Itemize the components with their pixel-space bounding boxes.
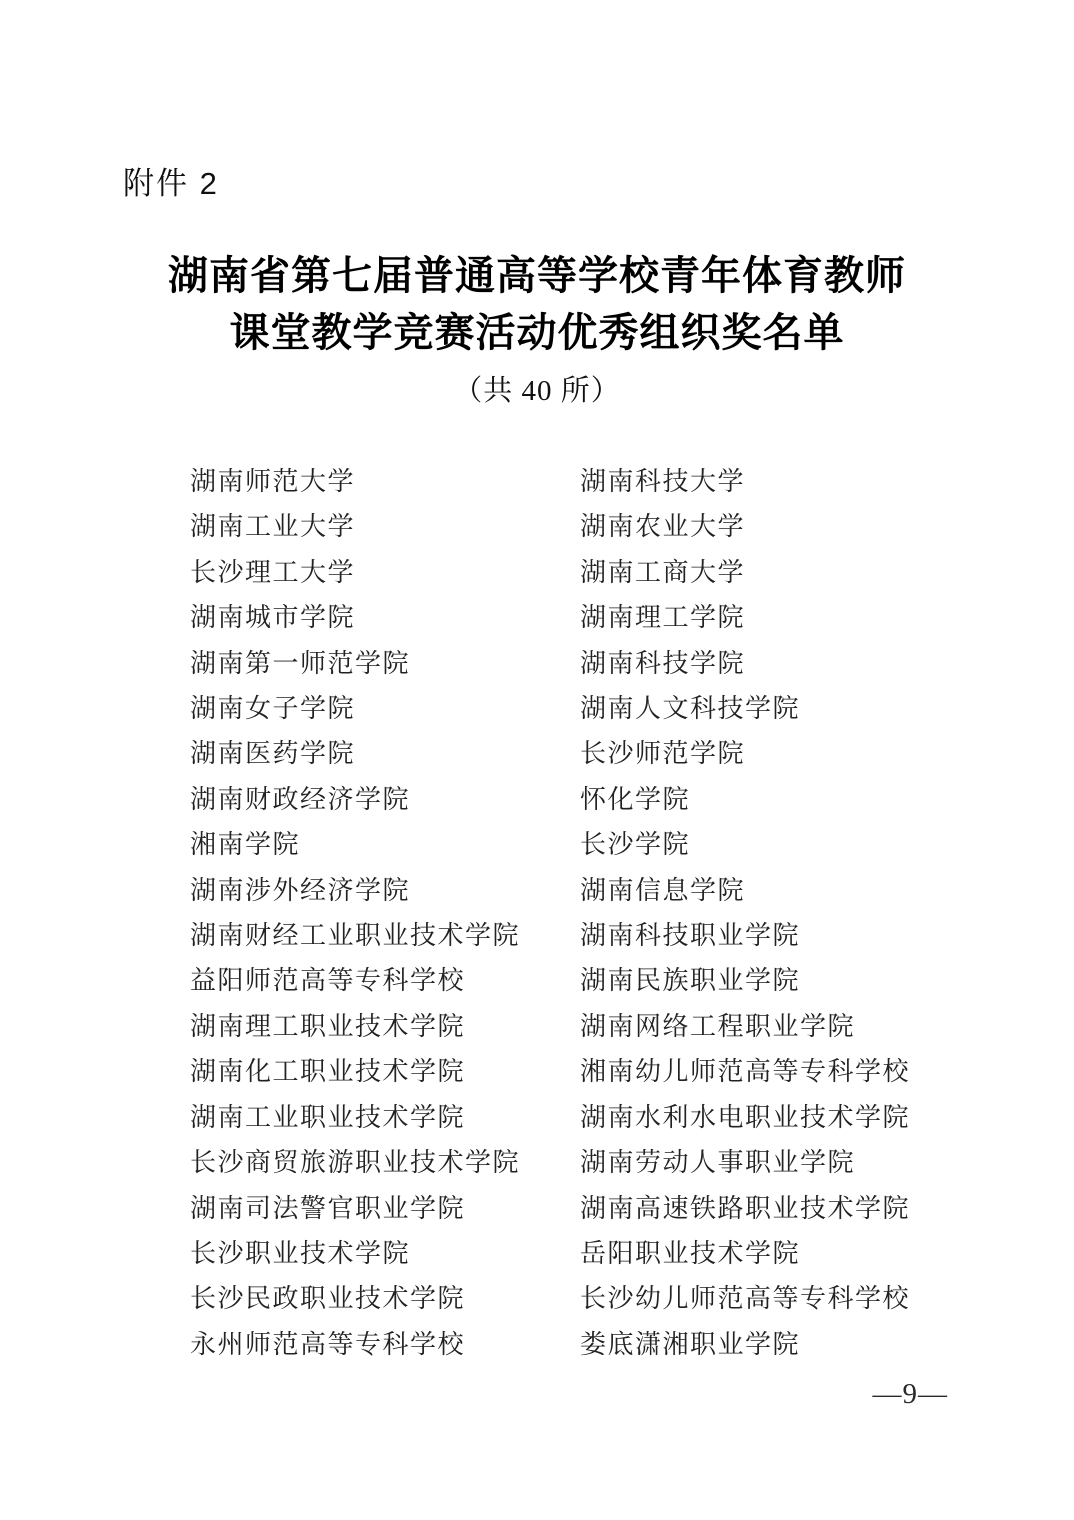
school-name: 湖南农业大学 — [580, 504, 950, 549]
school-row: 湘南学院长沙学院 — [190, 822, 950, 867]
school-name: 湖南工业职业技术学院 — [190, 1095, 580, 1140]
school-name: 湖南财经工业职业技术学院 — [190, 913, 580, 958]
school-name: 湖南财政经济学院 — [190, 777, 580, 822]
document-title: 湖南省第七届普通高等学校青年体育教师 课堂教学竞赛活动优秀组织奖名单 — [0, 247, 1074, 361]
school-name: 湘南学院 — [190, 822, 580, 867]
school-name: 长沙理工大学 — [190, 550, 580, 595]
school-row: 湖南工业职业技术学院湖南水利水电职业技术学院 — [190, 1095, 950, 1140]
school-name: 湘南幼儿师范高等专科学校 — [580, 1049, 950, 1094]
school-name: 湖南科技学院 — [580, 641, 950, 686]
school-name: 湖南人文科技学院 — [580, 686, 950, 731]
school-count-subtitle: （共 40 所） — [0, 368, 1074, 409]
school-name: 永州师范高等专科学校 — [190, 1322, 580, 1367]
school-name: 长沙职业技术学院 — [190, 1231, 580, 1276]
document-title-line2: 课堂教学竞赛活动优秀组织奖名单 — [0, 304, 1074, 361]
school-row: 湖南财经工业职业技术学院湖南科技职业学院 — [190, 913, 950, 958]
school-name: 湖南司法警官职业学院 — [190, 1186, 580, 1231]
school-list: 湖南师范大学湖南科技大学湖南工业大学湖南农业大学长沙理工大学湖南工商大学湖南城市… — [190, 459, 950, 1367]
school-row: 湖南理工职业技术学院湖南网络工程职业学院 — [190, 1004, 950, 1049]
school-name: 湖南化工职业技术学院 — [190, 1049, 580, 1094]
school-name: 怀化学院 — [580, 777, 950, 822]
school-row: 湖南财政经济学院怀化学院 — [190, 777, 950, 822]
school-row: 湖南化工职业技术学院湘南幼儿师范高等专科学校 — [190, 1049, 950, 1094]
school-name: 湖南信息学院 — [580, 868, 950, 913]
school-row: 湖南工业大学湖南农业大学 — [190, 504, 950, 549]
school-name: 湖南城市学院 — [190, 595, 580, 640]
school-name: 湖南涉外经济学院 — [190, 868, 580, 913]
school-row: 湖南女子学院湖南人文科技学院 — [190, 686, 950, 731]
school-row: 益阳师范高等专科学校湖南民族职业学院 — [190, 958, 950, 1003]
school-name: 长沙商贸旅游职业技术学院 — [190, 1140, 580, 1185]
school-name: 湖南网络工程职业学院 — [580, 1004, 950, 1049]
school-row: 长沙商贸旅游职业技术学院湖南劳动人事职业学院 — [190, 1140, 950, 1185]
school-name: 湖南科技大学 — [580, 459, 950, 504]
school-name: 湖南高速铁路职业技术学院 — [580, 1186, 950, 1231]
school-name: 长沙师范学院 — [580, 731, 950, 776]
school-row: 长沙理工大学湖南工商大学 — [190, 550, 950, 595]
school-name: 湖南理工职业技术学院 — [190, 1004, 580, 1049]
school-name: 岳阳职业技术学院 — [580, 1231, 950, 1276]
school-row: 湖南医药学院长沙师范学院 — [190, 731, 950, 776]
school-row: 永州师范高等专科学校娄底潇湘职业学院 — [190, 1322, 950, 1367]
school-row: 长沙民政职业技术学院长沙幼儿师范高等专科学校 — [190, 1276, 950, 1321]
school-row: 湖南司法警官职业学院湖南高速铁路职业技术学院 — [190, 1186, 950, 1231]
school-name: 长沙学院 — [580, 822, 950, 867]
school-name: 湖南女子学院 — [190, 686, 580, 731]
school-name: 娄底潇湘职业学院 — [580, 1322, 950, 1367]
school-name: 长沙幼儿师范高等专科学校 — [580, 1276, 950, 1321]
attachment-label: 附件 2 — [123, 158, 219, 203]
school-name: 湖南劳动人事职业学院 — [580, 1140, 950, 1185]
school-row: 湖南城市学院湖南理工学院 — [190, 595, 950, 640]
school-row: 湖南涉外经济学院湖南信息学院 — [190, 868, 950, 913]
school-name: 湖南水利水电职业技术学院 — [580, 1095, 950, 1140]
document-page: 附件 2 湖南省第七届普通高等学校青年体育教师 课堂教学竞赛活动优秀组织奖名单 … — [0, 0, 1074, 1520]
school-name: 长沙民政职业技术学院 — [190, 1276, 580, 1321]
document-title-line1: 湖南省第七届普通高等学校青年体育教师 — [0, 247, 1074, 304]
school-name: 益阳师范高等专科学校 — [190, 958, 580, 1003]
school-name: 湖南第一师范学院 — [190, 641, 580, 686]
school-row: 湖南师范大学湖南科技大学 — [190, 459, 950, 504]
school-name: 湖南理工学院 — [580, 595, 950, 640]
school-row: 长沙职业技术学院岳阳职业技术学院 — [190, 1231, 950, 1276]
school-name: 湖南工业大学 — [190, 504, 580, 549]
school-row: 湖南第一师范学院湖南科技学院 — [190, 641, 950, 686]
school-name: 湖南民族职业学院 — [580, 958, 950, 1003]
school-name: 湖南科技职业学院 — [580, 913, 950, 958]
page-number: —9— — [873, 1378, 949, 1411]
school-name: 湖南师范大学 — [190, 459, 580, 504]
school-name: 湖南医药学院 — [190, 731, 580, 776]
school-name: 湖南工商大学 — [580, 550, 950, 595]
